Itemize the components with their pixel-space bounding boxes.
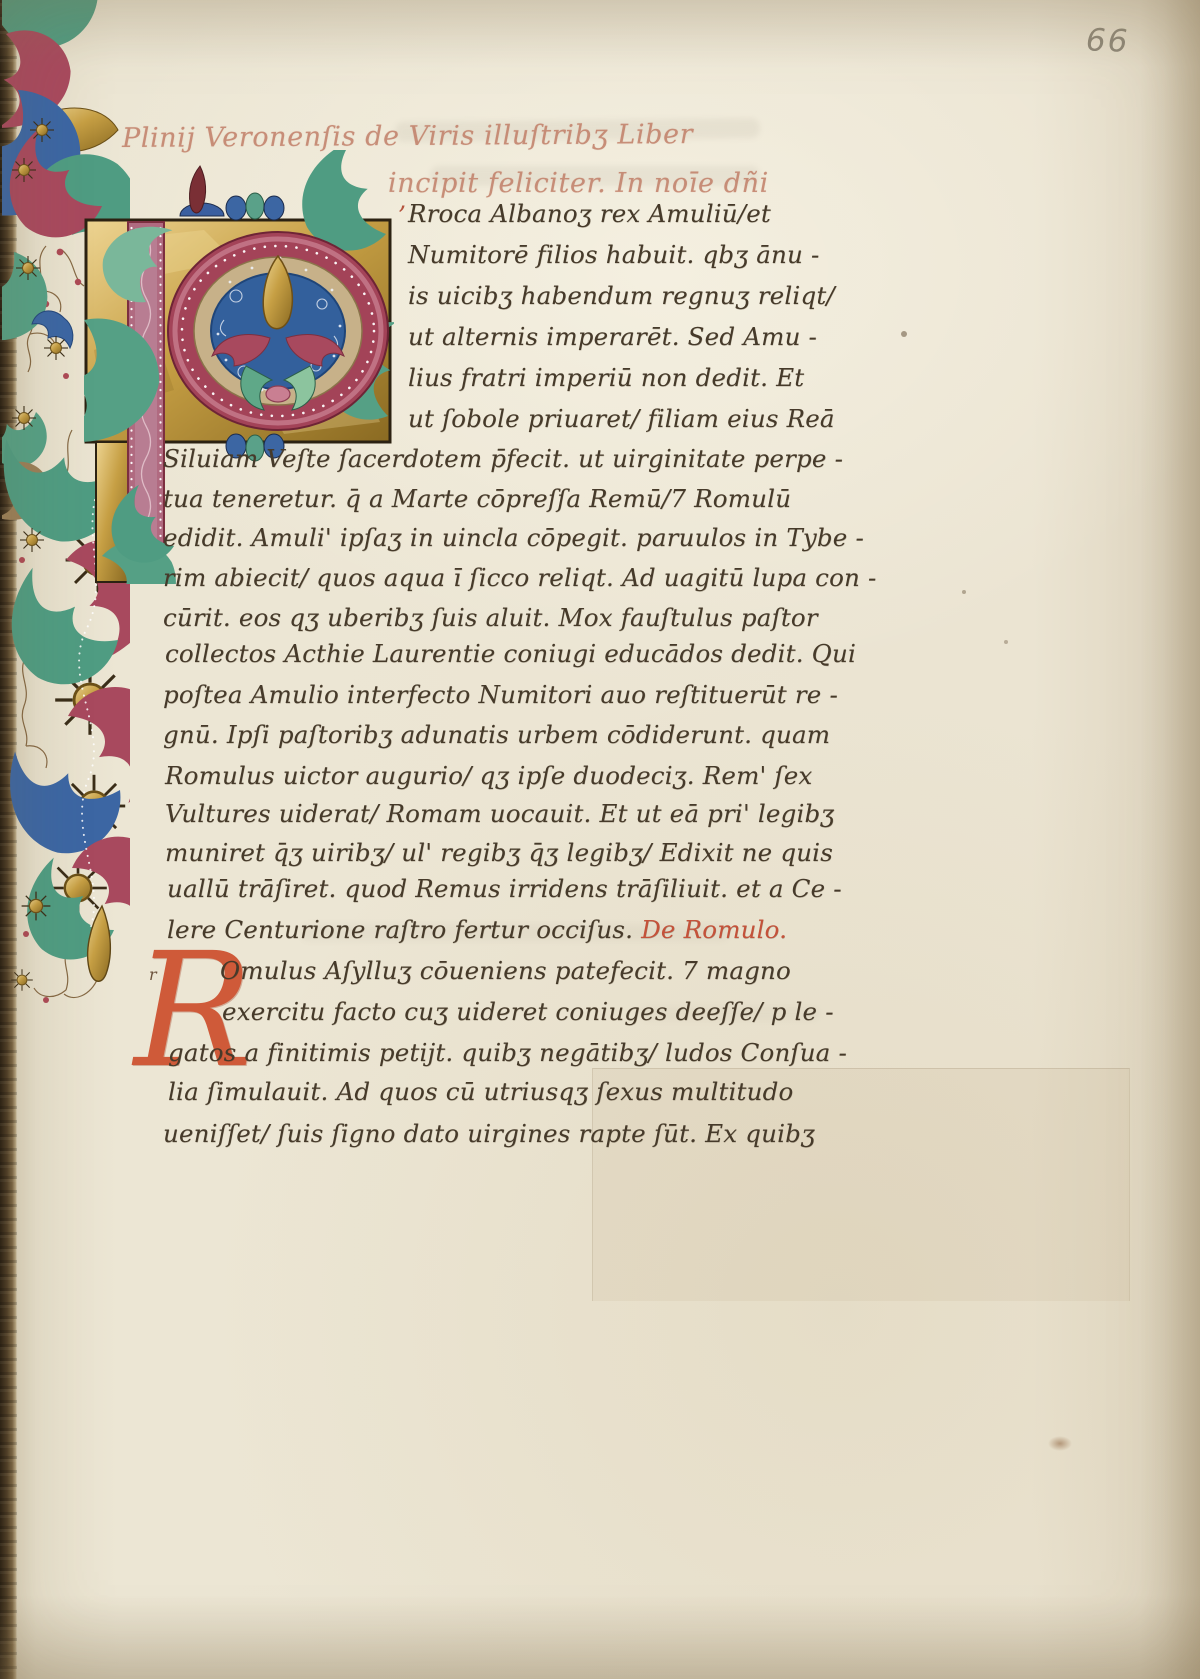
text-line: collectos Acthie Laurentie coniugi educā… [165, 642, 856, 667]
text-line: ueniſſet/ ſuis ſigno dato uirgines rapte… [163, 1122, 815, 1147]
rubric-line-2: incipit feliciter. In noīe dñi [388, 170, 769, 197]
text-line: gnū. Ipſi paſtoribʒ adunatis urbem cōdid… [163, 723, 830, 748]
text-line: rim abiecit/ quos aqua ī ſicco reliqt. A… [163, 566, 876, 591]
text-line: lia ſimulauit. Ad quos cū utriusqʒ ſexus… [168, 1080, 793, 1105]
illuminated-initial-P [84, 150, 394, 584]
gold-sun [30, 118, 54, 142]
text-line: Vultures uiderat/ Romam uocauit. Et ut e… [165, 802, 834, 827]
gold-sun [16, 256, 40, 280]
text-line: Siluiam Veſte ſacerdotem p̄fecit. ut uir… [163, 447, 843, 472]
text-line: Omulus Aſylluʒ cōueniens patefecit. 7 ma… [220, 959, 791, 984]
speck [1004, 640, 1008, 644]
chapter-heading: De Romulo. [641, 915, 787, 944]
text-line: tua teneretur. q̄ a Marte cōpreſſa Remū/… [163, 487, 791, 512]
text-line: ut ſobole priuaret/ filiam eius Reā [408, 407, 835, 432]
guide-letter: r [149, 967, 157, 983]
text-line: Romulus uictor augurio/ qʒ ipſe duodeciʒ… [165, 764, 812, 789]
gold-sun [20, 528, 44, 552]
text-line: gatos a finitimis petijt. quibʒ negātibʒ… [168, 1041, 847, 1066]
speck [901, 331, 907, 337]
folio-number: 66 [1085, 25, 1130, 57]
manuscript-page: 66 [0, 0, 1200, 1679]
paragraph-mark: ʼ [397, 204, 405, 230]
text-line: uallū trāſiret. quod Remus irridens trāſ… [167, 877, 842, 902]
text-line: cūrit. eos qʒ uberibʒ ſuis aluit. Mox fa… [163, 606, 818, 631]
acanthus-leaf [63, 671, 130, 811]
text-line: poſtea Amulio interfecto Numitori auo re… [163, 683, 838, 708]
text-line: edidit. Amuli' ipſaʒ in uincla cōpegit. … [163, 526, 864, 551]
text-line: ut alternis imperarēt. Sed Amu - [408, 325, 817, 350]
text-line: lere Centurione raſtro fertur occiſus. D… [167, 918, 787, 943]
stain [1048, 1436, 1072, 1451]
text-line: exercitu facto cuʒ uideret coniuges deeſ… [222, 1000, 834, 1025]
gold-sun [11, 969, 33, 991]
text-line: is uicibʒ habendum regnuʒ reliqt/ [408, 284, 835, 309]
gold-sun [12, 406, 36, 430]
rubric-line-1: Plinij Veronenſis de Viris illuſtribʒ Li… [122, 121, 693, 152]
text-line: Numitorē filios habuit. qbʒ ānu - [408, 243, 819, 268]
speck [962, 590, 966, 594]
text-line: muniret q̄ʒ uiribʒ/ ul' regibʒ q̄ʒ legib… [165, 841, 833, 866]
text-line: lius fratri imperiū non dedit. Et [408, 366, 804, 391]
pink-bud [266, 386, 290, 402]
gold-drop-finial [88, 906, 111, 981]
gold-sun [12, 158, 36, 182]
gold-sun [22, 892, 51, 921]
red-wick [189, 166, 205, 213]
blue-flower [32, 311, 73, 348]
gold-sun [44, 336, 68, 360]
text-line: Rroca Albanoʒ rex Amuliū/et [408, 202, 771, 227]
